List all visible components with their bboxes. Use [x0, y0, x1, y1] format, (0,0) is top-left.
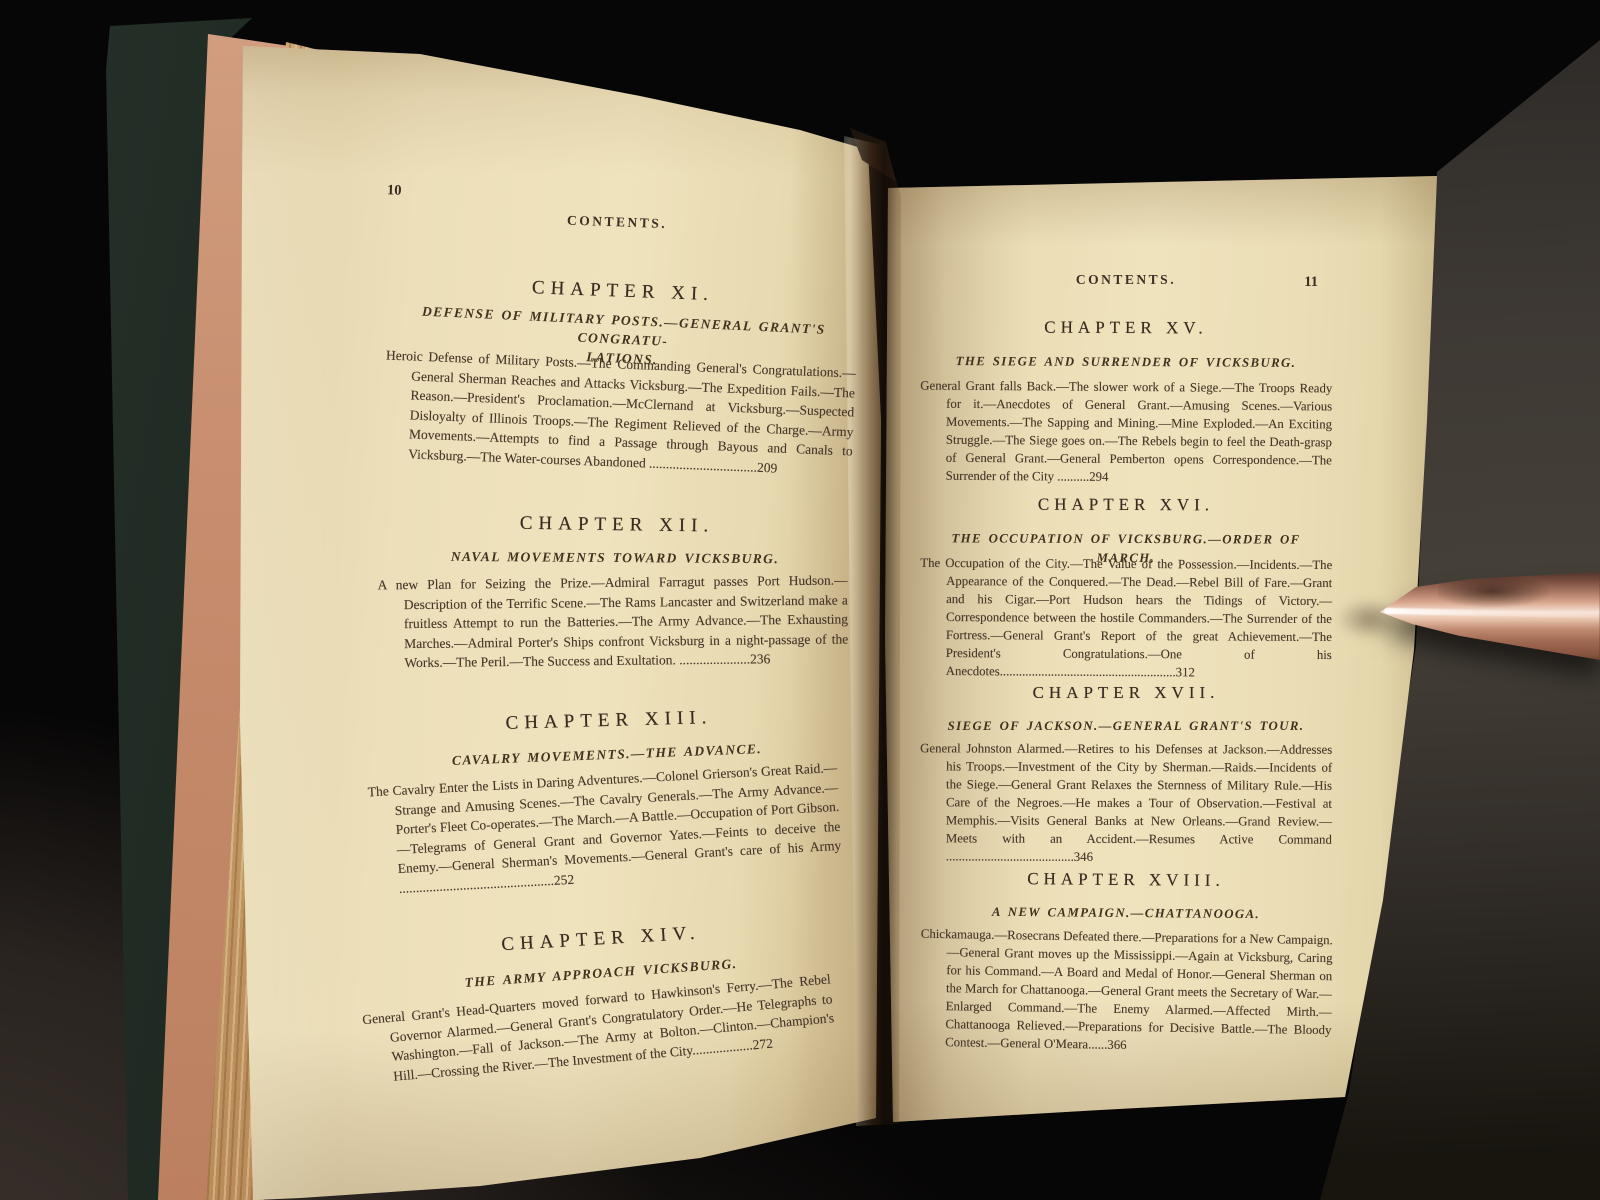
chapter-heading: CHAPTER XVII.	[920, 683, 1332, 703]
book-photo-scene: 10 CONTENTS. CHAPTER XI. DEFENSE OF MILI…	[0, 0, 1600, 1200]
chapter-summary: General Grant falls Back.—The slower wor…	[920, 377, 1333, 488]
running-head-left: CONTENTS.	[382, 206, 852, 238]
chapter-summary: Chickamauga.—Rosecrans Defeated there.—P…	[919, 925, 1333, 1057]
chapter-summary: The Cavalry Enter the Lists in Daring Ad…	[367, 758, 842, 899]
right-page-content: CONTENTS. 11 CHAPTER XV. THE SIEGE AND S…	[920, 265, 1332, 1085]
chapter-subtitle: A NEW CAMPAIGN.—CHATTANOOGA.	[920, 902, 1332, 925]
metal-pointer-blade	[1378, 570, 1600, 666]
metal-pointer	[1378, 570, 1600, 666]
left-page-content: 10 CONTENTS. CHAPTER XI. DEFENSE OF MILI…	[372, 192, 842, 1132]
running-head-right: CONTENTS.	[920, 272, 1332, 288]
chapter-summary: Heroic Defense of Military Posts.—The Co…	[382, 345, 856, 480]
chapter-summary: A new Plan for Seizing the Prize.—Admira…	[378, 570, 849, 672]
chapter-heading: CHAPTER XIII.	[374, 703, 844, 738]
chapter-heading: CHAPTER XII.	[382, 511, 852, 540]
page-number-left: 10	[387, 182, 402, 199]
chapter-heading: CHAPTER XVIII.	[920, 868, 1332, 892]
page-number-right: 11	[1304, 274, 1318, 291]
right-page-header: CONTENTS. 11	[920, 272, 1332, 292]
chapter-subtitle: SIEGE OF JACKSON.—GENERAL GRANT'S TOUR.	[920, 717, 1332, 736]
chapter-heading: CHAPTER XV.	[920, 317, 1332, 339]
chapter-subtitle: THE SIEGE AND SURRENDER OF VICKSBURG.	[920, 352, 1332, 373]
left-page-header: 10 CONTENTS.	[382, 206, 852, 242]
chapter-summary: The Occupation of the City.—The Value of…	[920, 554, 1333, 682]
chapter-subtitle: NAVAL MOVEMENTS TOWARD VICKSBURG.	[380, 546, 850, 568]
chapter-summary: General Johnston Alarmed.—Retires to his…	[920, 739, 1332, 866]
chapter-heading: CHAPTER XVI.	[920, 494, 1332, 515]
